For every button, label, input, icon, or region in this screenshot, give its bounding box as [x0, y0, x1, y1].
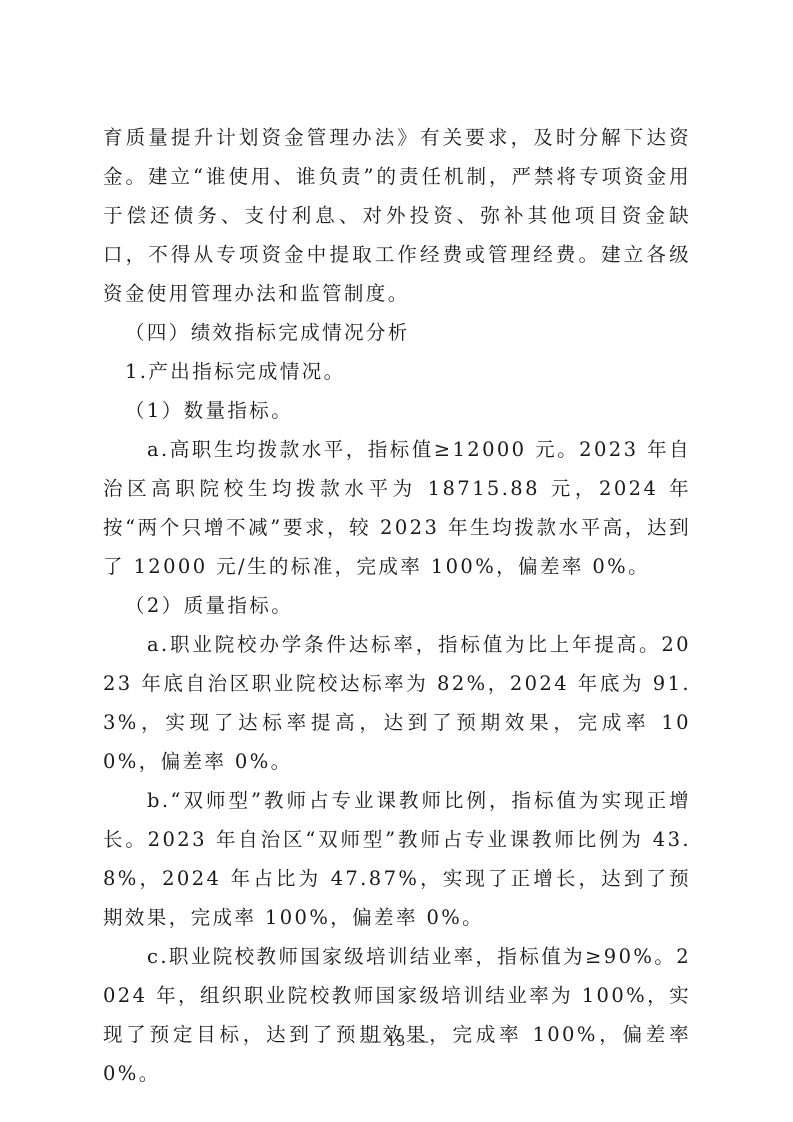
- paragraph-quality-a: a.职业院校办学条件达标率，指标值为比上年提高。2023 年底自治区职业院校达标…: [103, 625, 691, 781]
- paragraph-quantity-a: a.高职生均拨款水平，指标值≥12000 元。2023 年自治区高职院校生均拨款…: [103, 430, 691, 586]
- heading-output-indicators: 1.产出指标完成情况。: [103, 352, 691, 391]
- heading-quantity-indicators: （1）数量指标。: [103, 391, 691, 430]
- page-number: — 13 —: [0, 1031, 793, 1051]
- paragraph-quality-c: c.职业院校教师国家级培训结业率，指标值为≥90%。2024 年，组织职业院校教…: [103, 937, 691, 1093]
- heading-performance-analysis: （四）绩效指标完成情况分析: [103, 313, 691, 352]
- paragraph-fund-management: 育质量提升计划资金管理办法》有关要求，及时分解下达资金。建立“谁使用、谁负责”的…: [103, 118, 691, 313]
- heading-quality-indicators: （2）质量指标。: [103, 586, 691, 625]
- paragraph-quality-b: b.“双师型”教师占专业课教师比例，指标值为实现正增长。2023 年自治区“双师…: [103, 781, 691, 937]
- document-page: 育质量提升计划资金管理办法》有关要求，及时分解下达资金。建立“谁使用、谁负责”的…: [103, 118, 691, 1093]
